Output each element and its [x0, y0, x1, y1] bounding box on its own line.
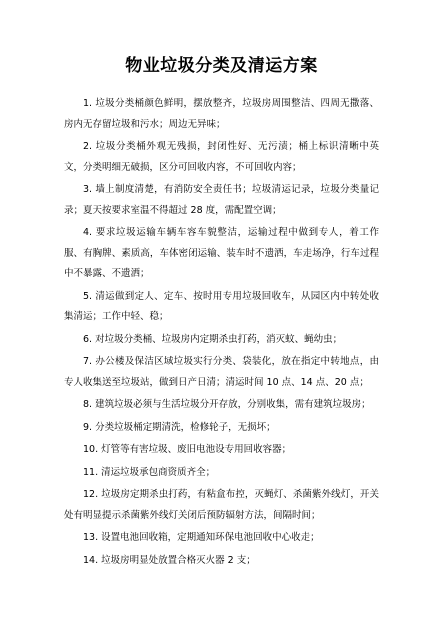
list-item: 4. 要求垃圾运输车辆车容车貌整洁，运输过程中做到专人，着工作服、有胸牌、素质高…: [64, 223, 379, 285]
list-item: 13. 设置电池回收箱，定期通知环保电池回收中心收走；: [64, 528, 379, 549]
document-page: 物业垃圾分类及清运方案 1. 垃圾分类桶颜色鲜明，摆放整齐，垃圾房周围整洁、四周…: [0, 0, 441, 625]
list-item: 2. 垃圾分类桶外观无残损，封闭性好、无污渍；桶上标识清晰中英文，分类明细无破损…: [64, 137, 379, 178]
document-body: 1. 垃圾分类桶颜色鲜明，摆放整齐，垃圾房周围整洁、四周无撒落、房内无存留垃圾和…: [64, 94, 379, 571]
list-item: 8. 建筑垃圾必须与生活垃圾分开存放，分别收集，需有建筑垃圾房；: [64, 395, 379, 416]
list-item: 6. 对垃圾分类桶、垃圾房内定期杀虫打药，消灭蚊、蝇幼虫；: [64, 330, 379, 351]
list-item: 7. 办公楼及保洁区域垃圾实行分类、袋装化，放在指定中转地点，由专人收集送至垃圾…: [64, 352, 379, 393]
list-item: 14. 垃圾房明显处放置合格灭火器 2 支；: [64, 551, 379, 572]
list-item: 5. 清运做到定人、定车、按时用专用垃圾回收车，从园区内中转处收集清运；工作中轻…: [64, 287, 379, 328]
list-item: 9. 分类垃圾桶定期清洗，检修轮子，无损坏；: [64, 418, 379, 439]
list-item: 10. 灯管等有害垃圾、废旧电池设专用回收容器；: [64, 440, 379, 461]
list-item: 3. 墙上制度清楚，有消防安全责任书；垃圾清运记录，垃圾分类量记录；夏天按要求室…: [64, 180, 379, 221]
list-item: 1. 垃圾分类桶颜色鲜明，摆放整齐，垃圾房周围整洁、四周无撒落、房内无存留垃圾和…: [64, 94, 379, 135]
list-item: 11. 清运垃圾承包商资质齐全；: [64, 463, 379, 484]
list-item: 12. 垃圾房定期杀虫打药，有粘盒布控，灭蝇灯、杀菌紫外线灯，开关处有明显提示杀…: [64, 485, 379, 526]
page-title: 物业垃圾分类及清运方案: [64, 54, 379, 78]
